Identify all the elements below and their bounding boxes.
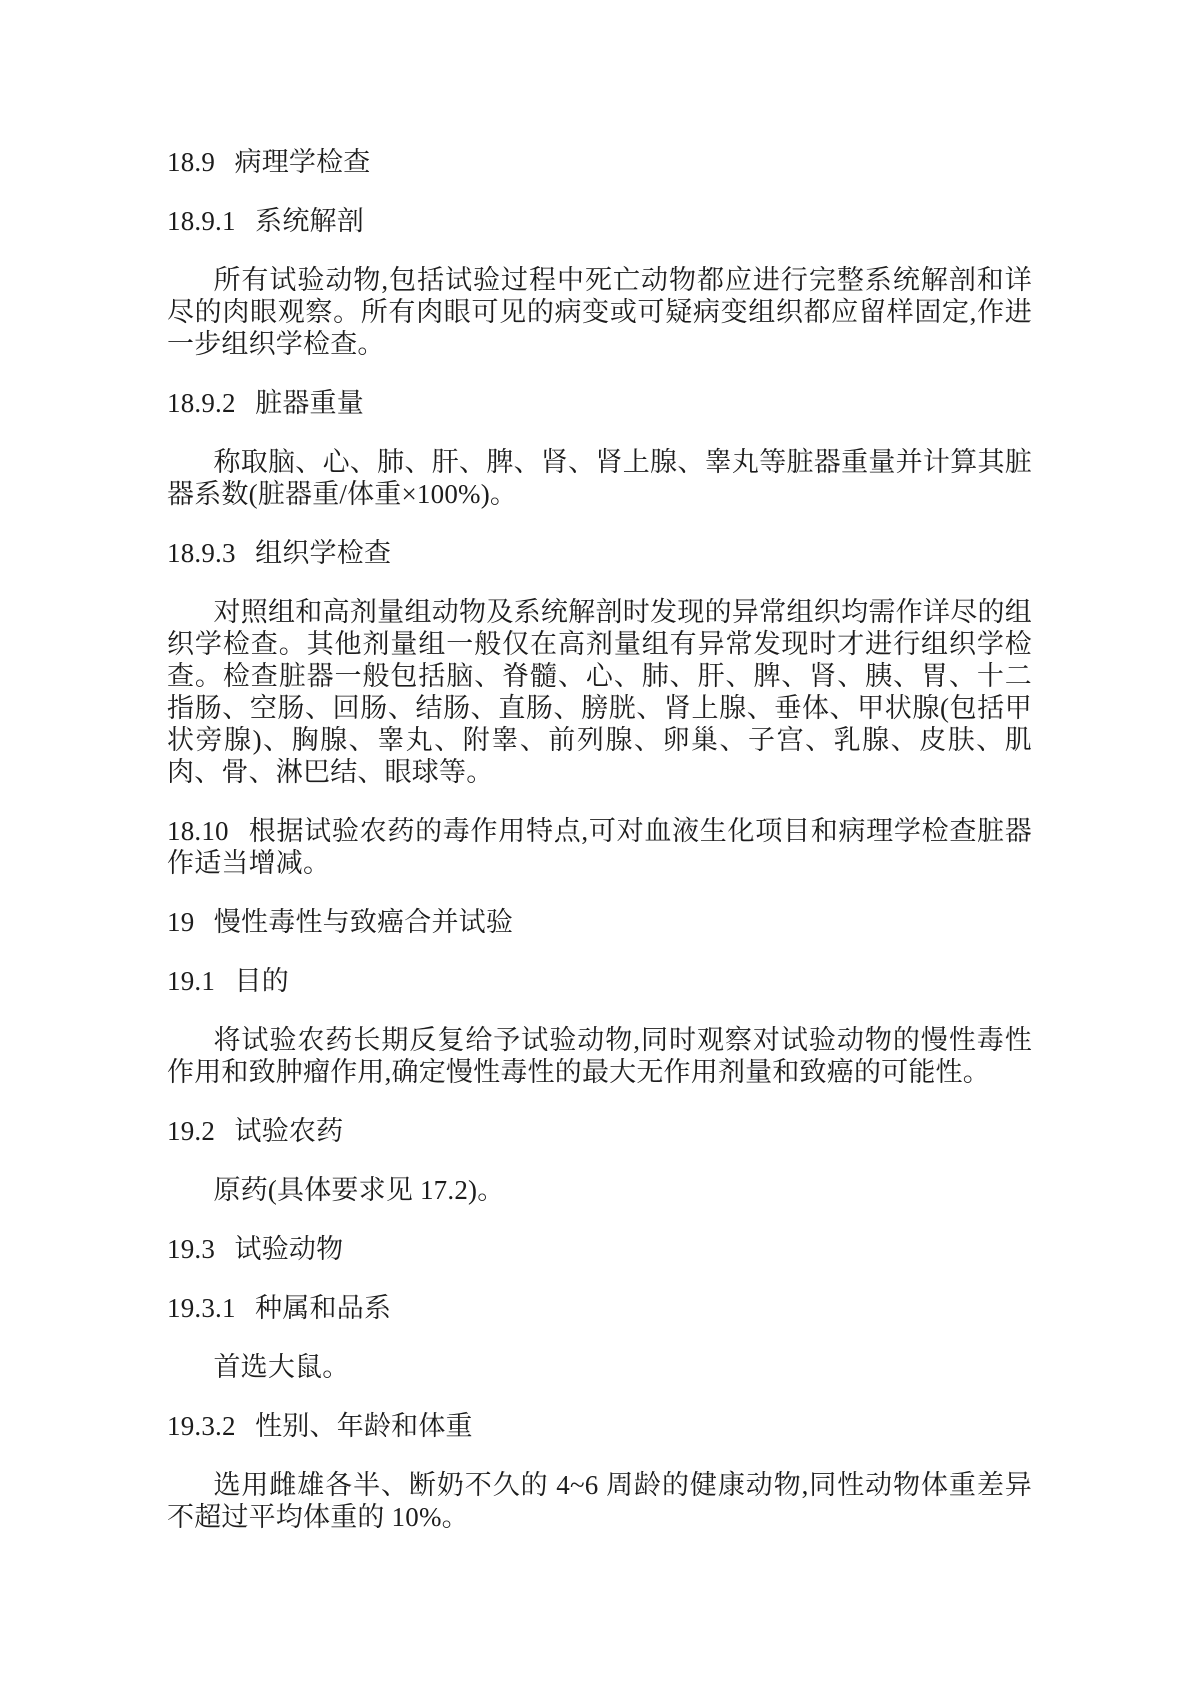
section-heading-19-2: 19.2试验农药 [167, 1115, 1032, 1147]
body-paragraph: 称取脑、心、肺、肝、脾、肾、肾上腺、睾丸等脏器重量并计算其脏器系数(脏器重/体重… [167, 446, 1032, 510]
section-heading-19-3: 19.3试验动物 [167, 1233, 1032, 1265]
body-paragraph: 原药(具体要求见 17.2)。 [167, 1174, 1032, 1206]
section-heading-18-9-2: 18.9.2脏器重量 [167, 387, 1032, 419]
section-number: 18.9.3 [167, 537, 236, 569]
body-paragraph: 所有试验动物,包括试验过程中死亡动物都应进行完整系统解剖和详尽的肉眼观察。所有肉… [167, 264, 1032, 360]
section-title: 组织学检查 [255, 538, 391, 568]
section-title: 病理学检查 [235, 147, 371, 177]
section-title: 试验动物 [235, 1234, 344, 1264]
section-heading-18-9: 18.9病理学检查 [167, 146, 1032, 178]
section-number: 19.3.2 [167, 1410, 236, 1442]
section-title: 种属和品系 [255, 1293, 391, 1323]
section-heading-18-9-3: 18.9.3组织学检查 [167, 537, 1032, 569]
section-title: 脏器重量 [255, 388, 364, 418]
section-heading-19: 19慢性毒性与致癌合并试验 [167, 906, 1032, 938]
section-heading-19-3-1: 19.3.1种属和品系 [167, 1292, 1032, 1324]
numbered-clause-18-10: 18.10根据试验农药的毒作用特点,可对血液生化项目和病理学检查脏器作适当增减。 [167, 815, 1032, 879]
section-title: 目的 [235, 966, 289, 996]
clause-text: 根据试验农药的毒作用特点,可对血液生化项目和病理学检查脏器作适当增减。 [167, 816, 1032, 878]
body-paragraph: 选用雌雄各半、断奶不久的 4~6 周龄的健康动物,同性动物体重差异不超过平均体重… [167, 1469, 1032, 1533]
body-paragraph: 对照组和高剂量组动物及系统解剖时发现的异常组织均需作详尽的组织学检查。其他剂量组… [167, 596, 1032, 788]
section-number: 18.9.2 [167, 387, 236, 419]
section-number: 18.10 [167, 815, 229, 847]
section-number: 19.1 [167, 965, 215, 997]
section-heading-18-9-1: 18.9.1系统解剖 [167, 205, 1032, 237]
section-number: 18.9.1 [167, 205, 236, 237]
section-title: 试验农药 [235, 1116, 344, 1146]
section-number: 19.3.1 [167, 1292, 236, 1324]
section-heading-19-1: 19.1目的 [167, 965, 1032, 997]
section-number: 19.3 [167, 1233, 215, 1265]
section-number: 19.2 [167, 1115, 215, 1147]
body-paragraph: 首选大鼠。 [167, 1351, 1032, 1383]
section-number: 19 [167, 906, 194, 938]
document-page: 18.9病理学检查 18.9.1系统解剖 所有试验动物,包括试验过程中死亡动物都… [0, 0, 1200, 1696]
body-paragraph: 将试验农药长期反复给予试验动物,同时观察对试验动物的慢性毒性作用和致肿瘤作用,确… [167, 1024, 1032, 1088]
section-title: 慢性毒性与致癌合并试验 [214, 907, 513, 937]
section-heading-19-3-2: 19.3.2性别、年龄和体重 [167, 1410, 1032, 1442]
section-title: 系统解剖 [255, 206, 364, 236]
section-title: 性别、年龄和体重 [255, 1411, 473, 1441]
section-number: 18.9 [167, 146, 215, 178]
